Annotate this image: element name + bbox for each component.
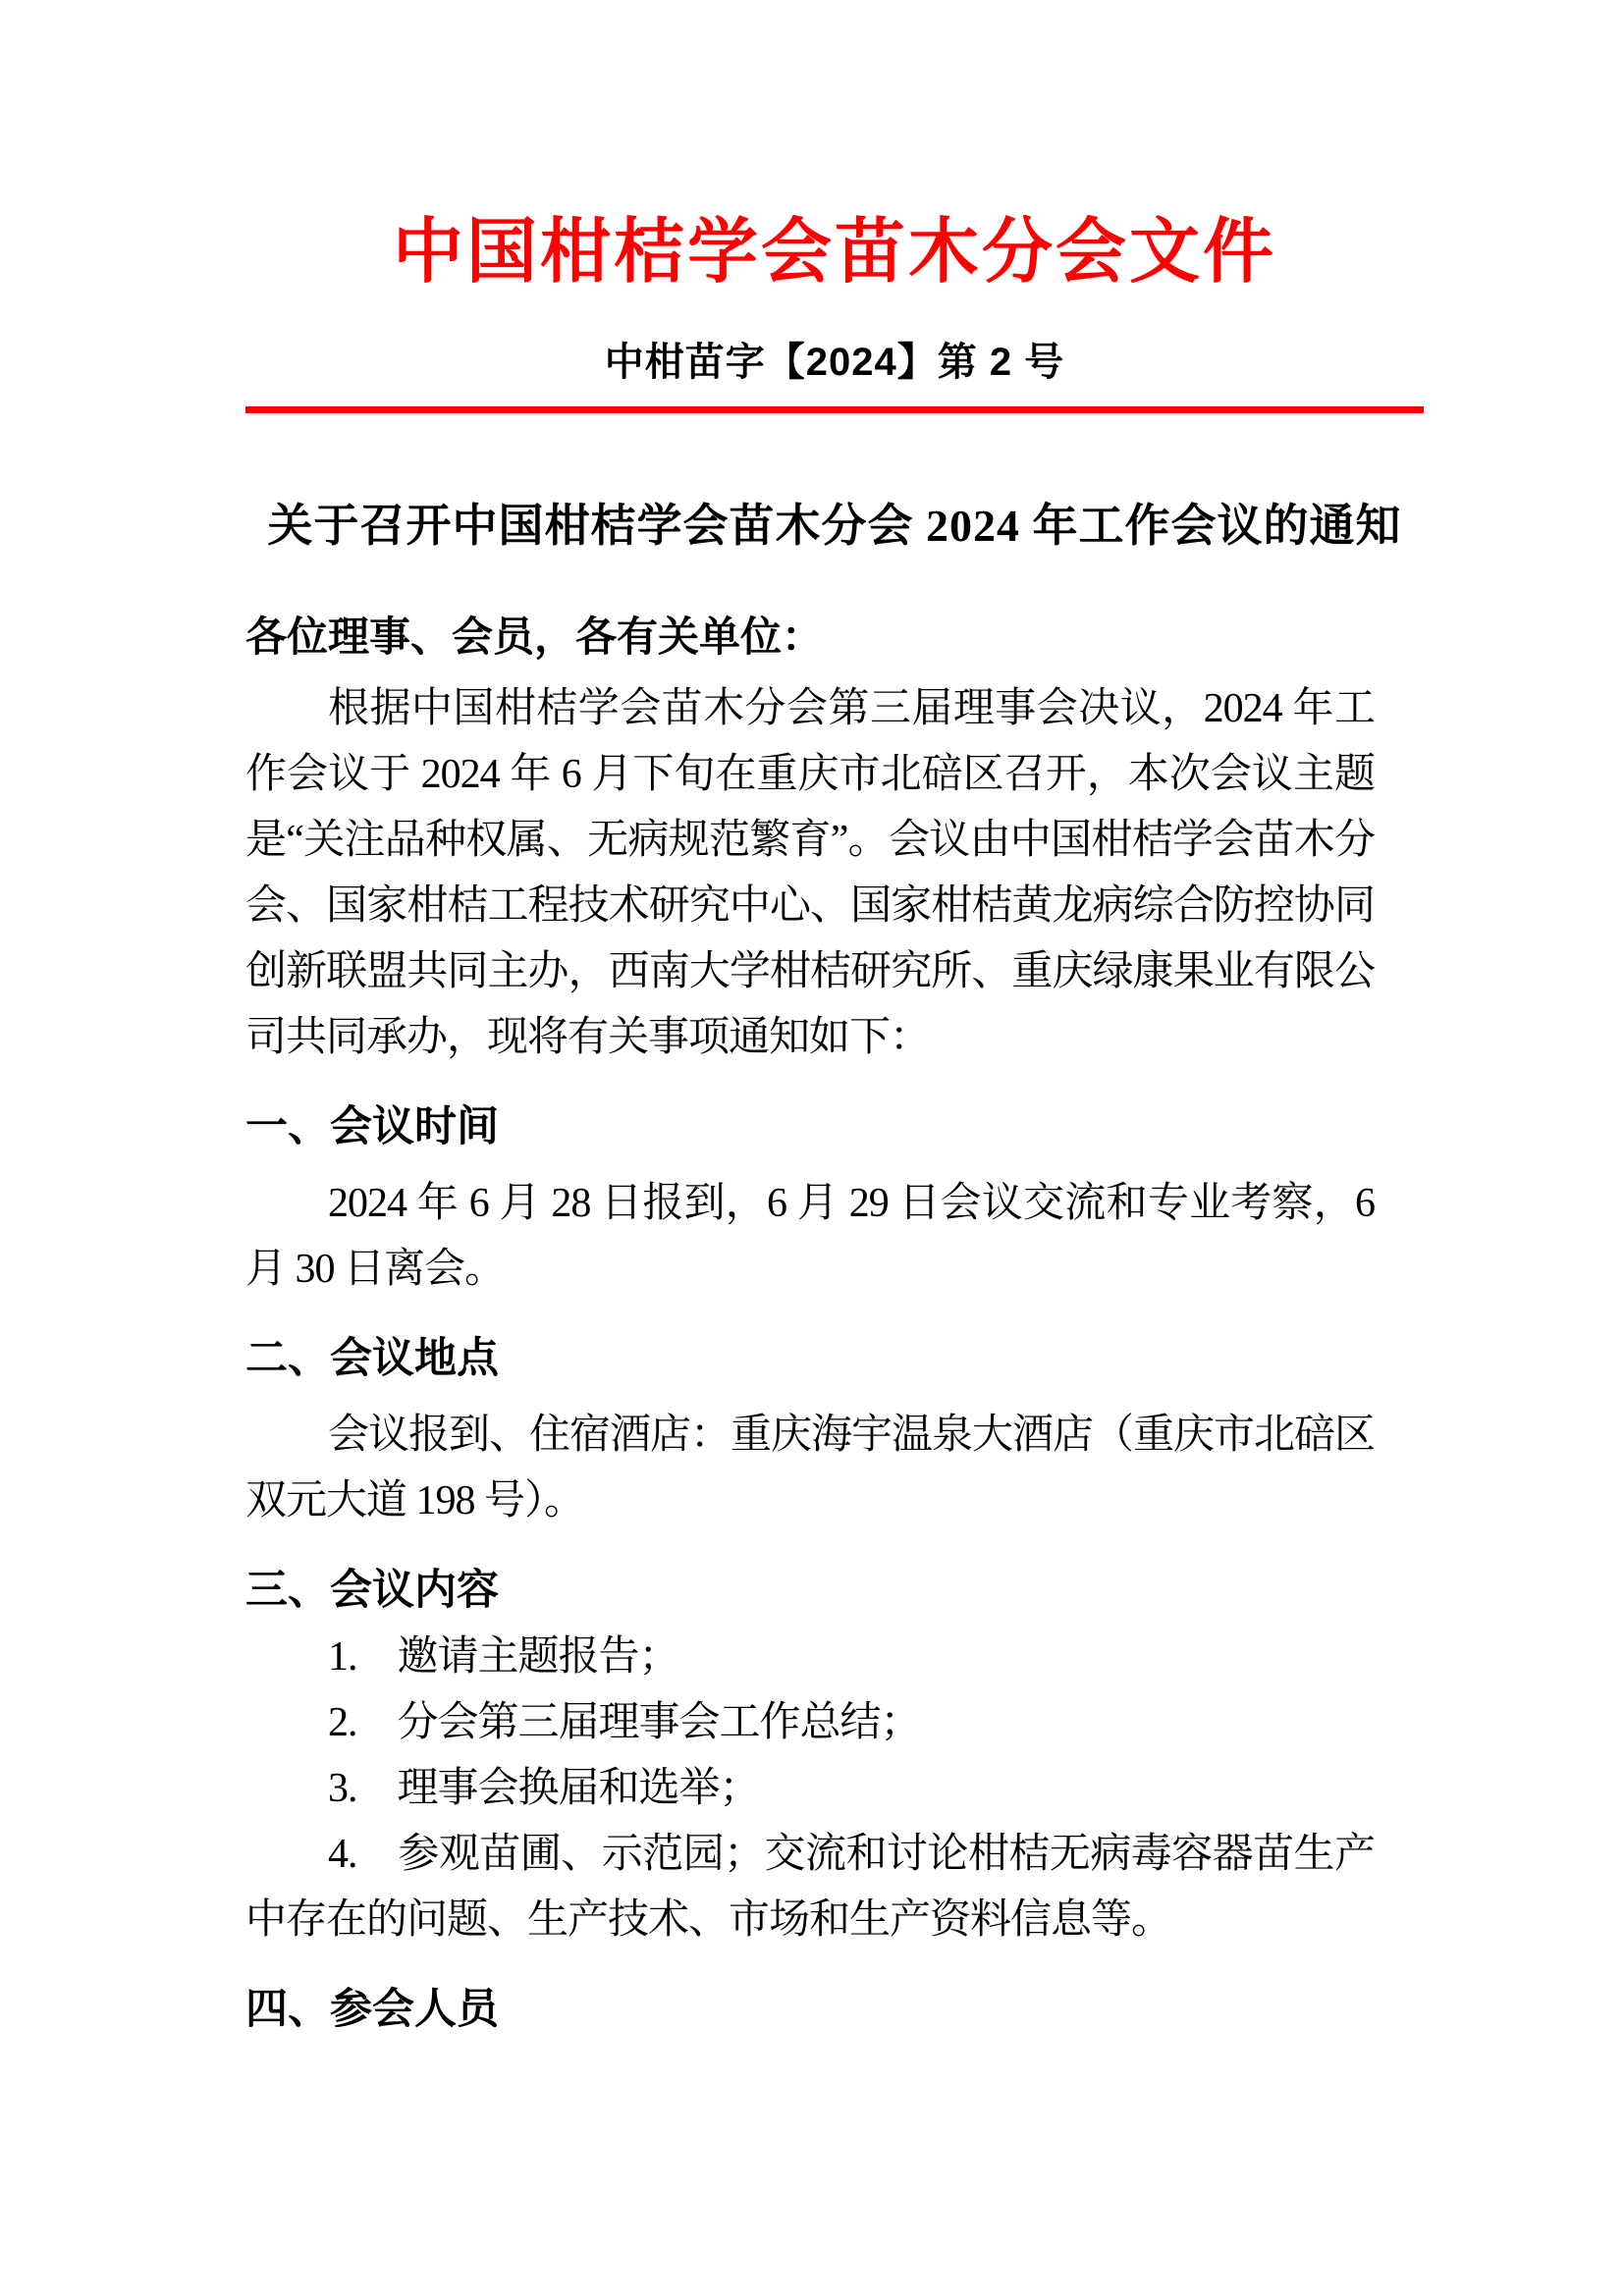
agenda-item-1: 1. 邀请主题报告； — [245, 1625, 1375, 1690]
document-page: 中国柑桔学会苗木分会文件 中柑苗字【2024】第 2 号 关于召开中国柑桔学会苗… — [0, 0, 1624, 2296]
section-1-paragraph: 2024 年 6 月 28 日报到，6 月 29 日会议交流和专业考察，6 月 … — [245, 1171, 1375, 1303]
agenda-list: 1. 邀请主题报告； 2. 分会第三届理事会工作总结； 3. 理事会换届和选举；… — [245, 1625, 1424, 1953]
intro-paragraph: 根据中国柑桔学会苗木分会第三届理事会决议，2024 年工作会议于 2024 年 … — [245, 676, 1375, 1071]
notice-heading: 关于召开中国柑桔学会苗木分会 2024 年工作会议的通知 — [245, 496, 1424, 557]
section-1-heading: 一、会议时间 — [245, 1096, 1424, 1157]
section-3-heading: 三、会议内容 — [245, 1560, 1424, 1621]
doc-number: 中柑苗字【2024】第 2 号 — [245, 338, 1424, 387]
agenda-item-2: 2. 分会第三届理事会工作总结； — [245, 1690, 1375, 1756]
section-2-paragraph: 会议报到、住宿酒店：重庆海宇温泉大酒店（重庆市北碚区双元大道 198 号）。 — [245, 1403, 1375, 1534]
header-divider-rule — [245, 406, 1424, 413]
section-2-heading: 二、会议地点 — [245, 1328, 1424, 1389]
section-4-heading: 四、参会人员 — [245, 1979, 1424, 2040]
org-title: 中国柑桔学会苗木分会文件 — [245, 210, 1424, 294]
document-content: 中国柑桔学会苗木分会文件 中柑苗字【2024】第 2 号 关于召开中国柑桔学会苗… — [245, 210, 1424, 2040]
agenda-item-4: 4. 参观苗圃、示范园；交流和讨论柑桔无病毒容器苗生产中存在的问题、生产技术、市… — [245, 1822, 1375, 1953]
salutation: 各位理事、会员，各有关单位： — [245, 606, 1424, 668]
agenda-item-3: 3. 理事会换届和选举； — [245, 1756, 1375, 1822]
